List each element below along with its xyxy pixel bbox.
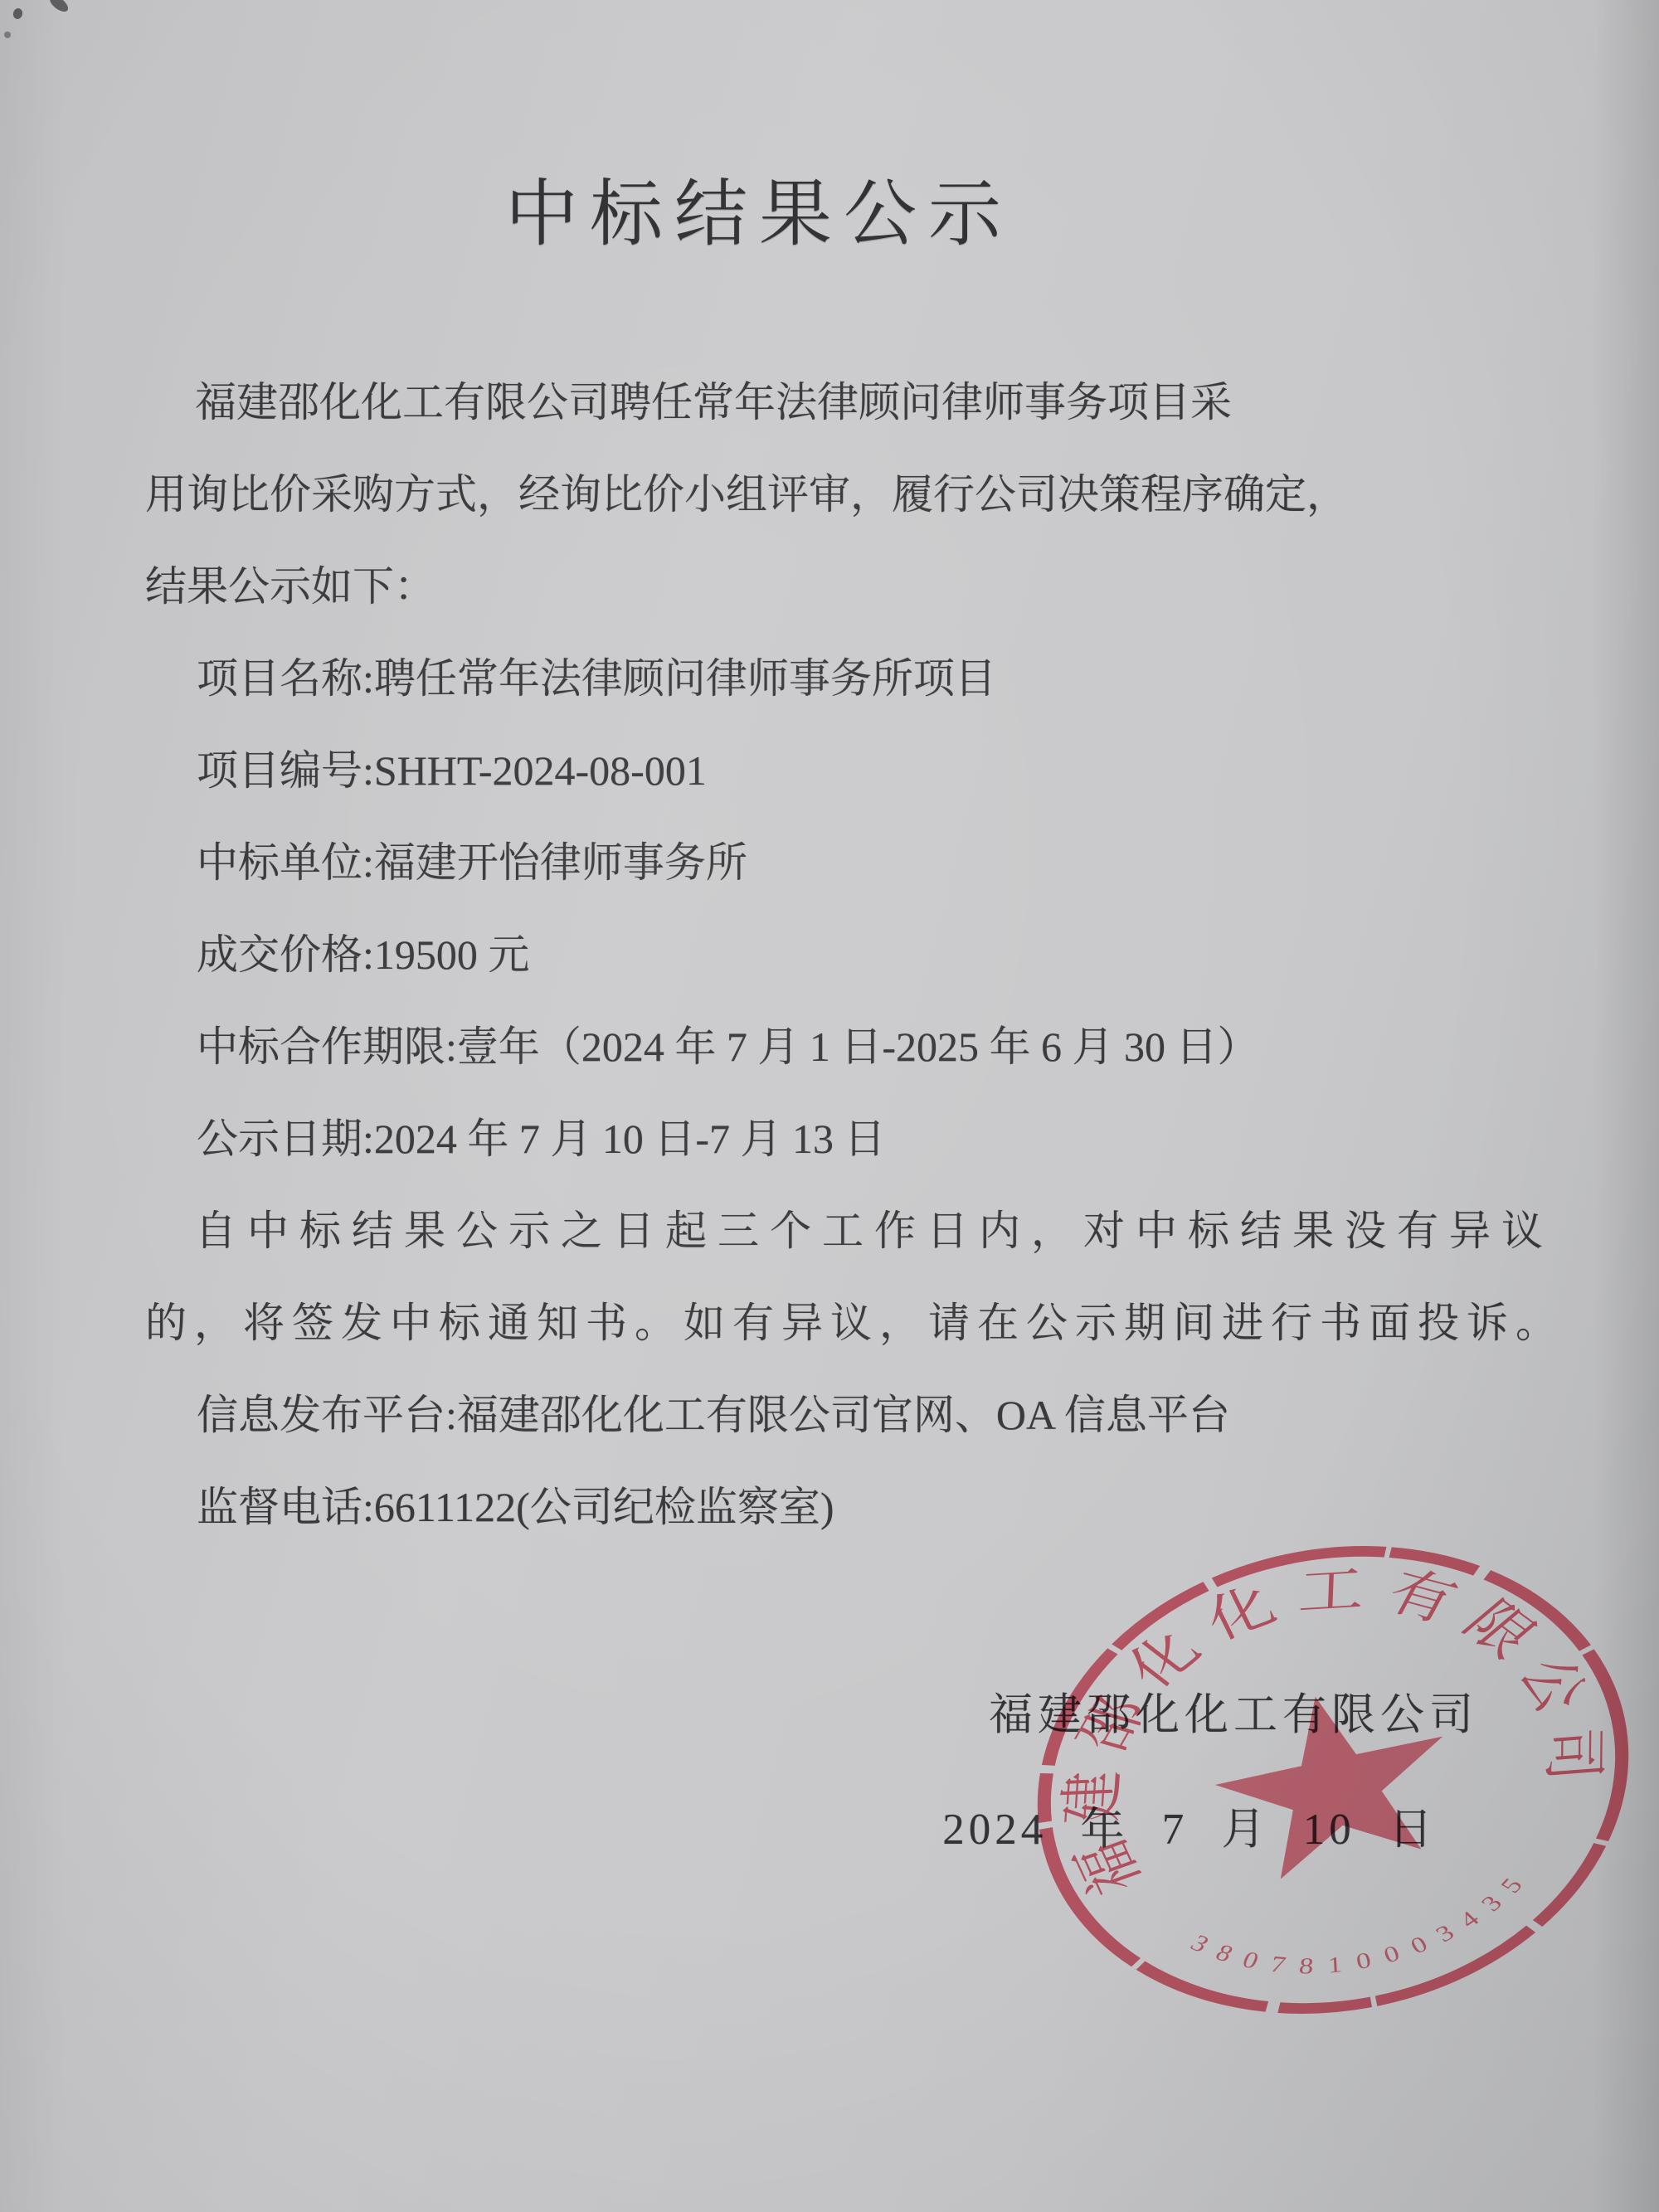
document-page: 中标结果公示 福建邵化化工有限公司聘任常年法律顾问律师事务项目采 用询比价采购方… [0, 0, 1659, 2212]
paper-speck [47, 0, 71, 15]
publish-platform-line: 信息发布平台:福建邵化化工有限公司官网、OA 信息平台 [145, 1369, 1572, 1461]
detail-cooperation-period: 中标合作期限:壹年（2024 年 7 月 1 日-2025 年 6 月 30 日… [145, 1001, 1572, 1093]
paper-speck [4, 32, 11, 38]
paper-speck [12, 7, 24, 20]
document-title: 中标结果公示 [0, 170, 1659, 261]
detail-winning-bidder: 中标单位:福建开怡律师事务所 [145, 817, 1572, 909]
detail-deal-price: 成交价格:19500 元 [145, 909, 1572, 1001]
notice-line-1: 自中标结果公示之日起三个工作日内，对中标结果没有异议 [145, 1185, 1572, 1277]
company-seal: 福建邵化化工有限公司 3807810003435 [979, 1480, 1659, 2079]
intro-line-1: 福建邵化化工有限公司聘任常年法律顾问律师事务项目采 [145, 357, 1572, 449]
intro-line-3: 结果公示如下： [145, 541, 1572, 633]
seal-serial-text: 3807810003435 [1181, 1859, 1550, 2009]
seal-star-icon [1202, 1673, 1465, 1889]
notice-line-2: 的，将签发中标通知书。如有异议，请在公示期间进行书面投诉。 [145, 1277, 1572, 1369]
detail-announcement-period: 公示日期:2024 年 7 月 10 日-7 月 13 日 [145, 1093, 1572, 1185]
detail-project-name: 项目名称:聘任常年法律顾问律师事务所项目 [145, 633, 1572, 725]
document-body: 福建邵化化工有限公司聘任常年法律顾问律师事务项目采 用询比价采购方式，经询比价小… [145, 357, 1572, 1553]
intro-line-2: 用询比价采购方式，经询比价小组评审，履行公司决策程序确定， [145, 449, 1572, 541]
detail-project-number: 项目编号:SHHT-2024-08-001 [145, 725, 1572, 817]
